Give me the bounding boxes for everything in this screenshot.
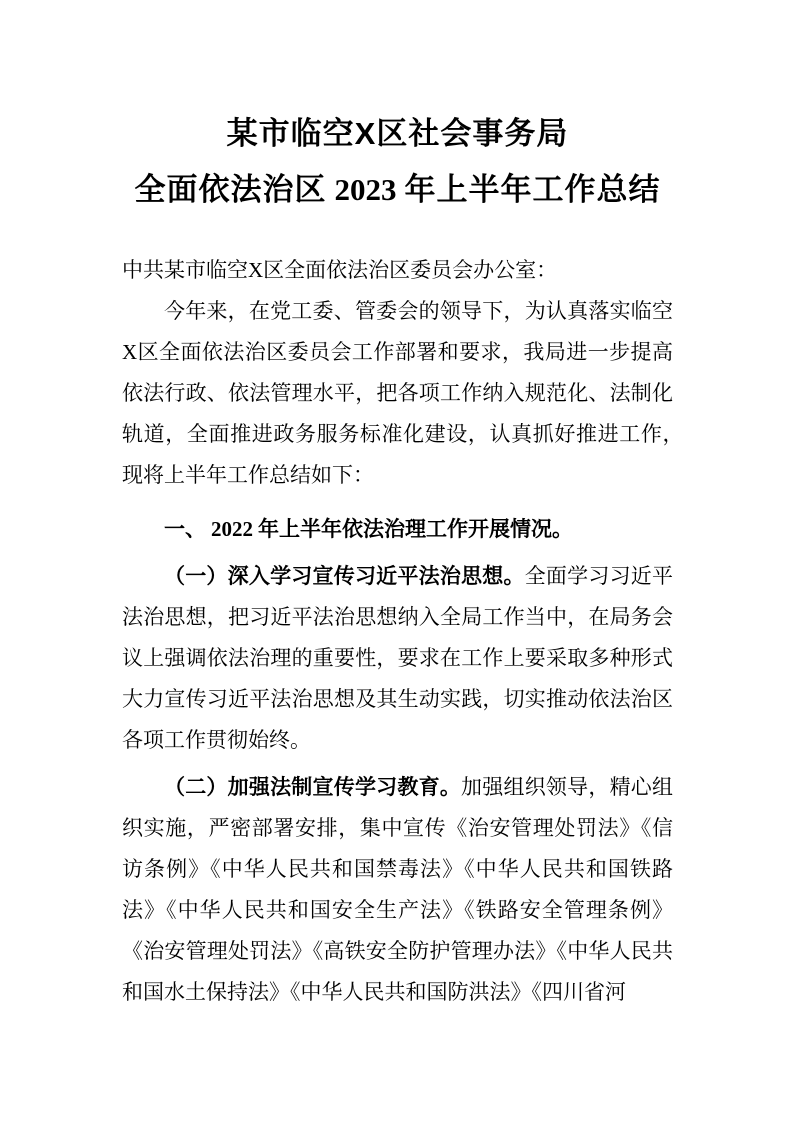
subsection-2: （二）加强法制宣传学习教育。加强组织领导，精心组织实施，严密部署安排，集中宣传《… — [122, 767, 673, 1013]
document-page: 某市临空X区社会事务局 全面依法治区2023年上半年工作总结 中共某市临空X区全… — [0, 0, 794, 1122]
subsection-2-head: （二）加强法制宣传学习教育。 — [164, 776, 461, 799]
section-heading-prefix: 一、 — [164, 518, 206, 541]
section-heading-suffix: 年上半年依法治理工作开展情况。 — [258, 518, 573, 541]
subsection-1: （一）深入学习宣传习近平法治思想。全面学习习近平法治思想，把习近平法治思想纳入全… — [122, 556, 673, 761]
doc-title-line2-suffix: 年上半年工作总结 — [405, 172, 661, 207]
doc-title-line2: 全面依法治区2023年上半年工作总结 — [122, 162, 673, 218]
section-heading: 一、2022年上半年依法治理工作开展情况。 — [122, 509, 673, 550]
document-body: 中共某市临空X区全面依法治区委员会办公室： 今年来，在党工委、管委会的领导下，为… — [122, 250, 673, 1013]
doc-title-line2-year: 2023 — [335, 172, 397, 207]
subsection-1-head: （一）深入学习宣传习近平法治思想。 — [164, 565, 525, 588]
intro-paragraph: 今年来，在党工委、管委会的领导下，为认真落实临空X区全面依法治区委员会工作部署和… — [122, 291, 673, 496]
section-heading-year: 2022 — [211, 517, 253, 541]
doc-title-line1: 某市临空X区社会事务局 — [122, 106, 673, 162]
salutation-line: 中共某市临空X区全面依法治区委员会办公室： — [122, 250, 673, 291]
subsection-2-body: 加强组织领导，精心组织实施，严密部署安排，集中宣传《治安管理处罚法》《信访条例》… — [122, 775, 673, 1004]
subsection-1-body: 全面学习习近平法治思想，把习近平法治思想纳入全局工作当中，在局务会议上强调依法治… — [122, 564, 673, 752]
doc-title-line2-prefix: 全面依法治区 — [135, 172, 327, 207]
